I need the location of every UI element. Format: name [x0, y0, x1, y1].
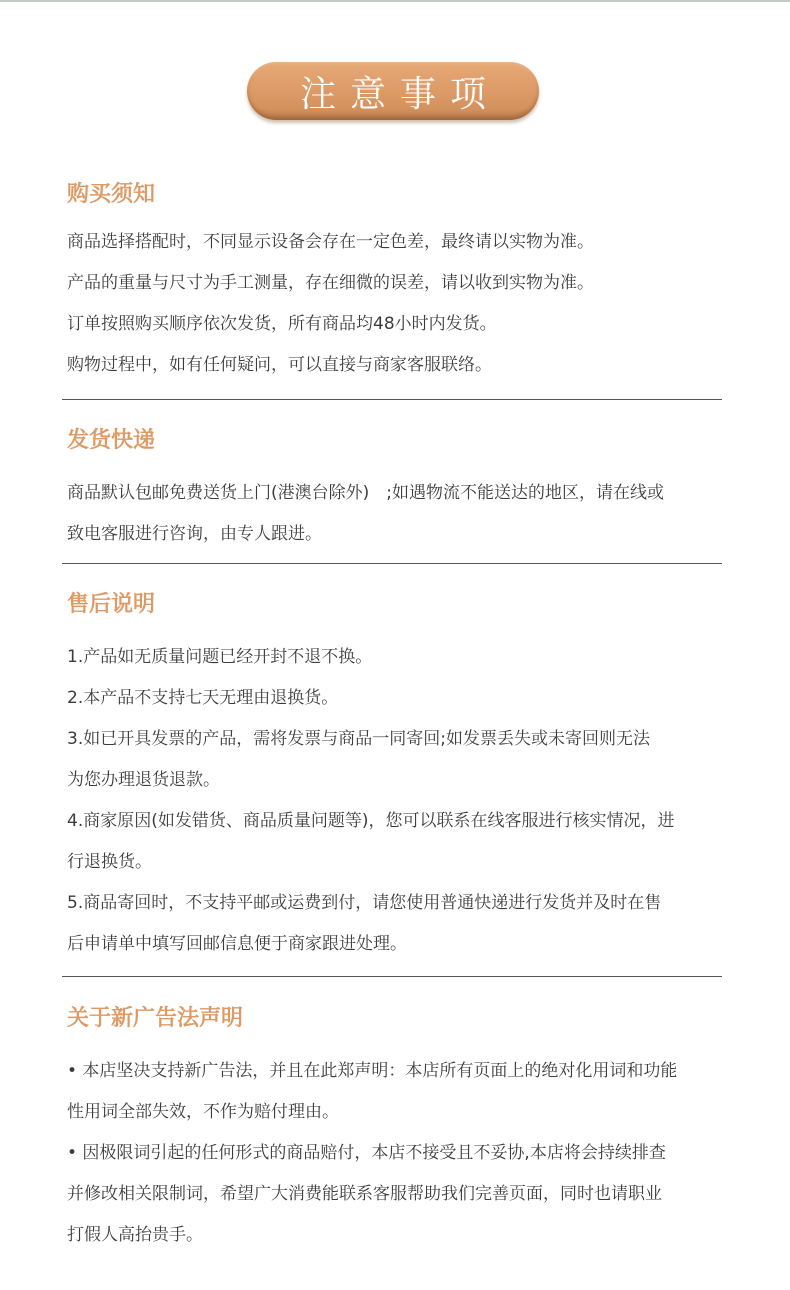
section-title: 售后说明 — [67, 590, 727, 620]
text-line: 3.如已开具发票的产品，需将发票与商品一同寄回;如发票丢失或未寄回则无法 — [67, 719, 727, 760]
text-line: 行退换货。 — [67, 842, 727, 883]
divider — [62, 563, 722, 564]
text-line: 2.本产品不支持七天无理由退换货。 — [67, 678, 727, 719]
text-line: 5.商品寄回时，不支持平邮或运费到付，请您使用普通快递进行发货并及时在售 — [67, 883, 727, 924]
text-line: 4.商家原因(如发错货、商品质量问题等)，您可以联系在线客服进行核实情况，进 — [67, 801, 727, 842]
title-banner: 注意事项 — [247, 62, 539, 120]
divider — [62, 976, 722, 977]
text-line: 性用词全部失效，不作为赔付理由。 — [67, 1092, 727, 1133]
text-line: • 因极限词引起的任何形式的商品赔付，本店不接受且不妥协,本店将会持续排查 — [67, 1133, 727, 1174]
text-line: • 本店坚决支持新广告法，并且在此郑声明：本店所有页面上的绝对化用词和功能 — [67, 1051, 727, 1092]
text-line: 产品的重量与尺寸为手工测量，存在细微的误差，请以收到实物为准。 — [67, 263, 727, 304]
text-line: 为您办理退货退款。 — [67, 760, 727, 801]
section-title: 发货快递 — [67, 426, 727, 456]
section-title: 关于新广告法声明 — [67, 1004, 727, 1034]
section-shipping: 发货快递 商品默认包邮免费送货上门(港澳台除外) ;如遇物流不能送达的地区，请在… — [67, 426, 727, 555]
text-line: 购物过程中，如有任何疑问，可以直接与商家客服联络。 — [67, 345, 727, 386]
section-ad-law-statement: 关于新广告法声明 • 本店坚决支持新广告法，并且在此郑声明：本店所有页面上的绝对… — [67, 1004, 727, 1256]
top-border — [0, 0, 790, 2]
text-line: 商品选择搭配时，不同显示设备会存在一定色差，最终请以实物为准。 — [67, 222, 727, 263]
page-title: 注意事项 — [300, 66, 500, 117]
text-line: 1.产品如无质量问题已经开封不退不换。 — [67, 637, 727, 678]
text-line: 打假人高抬贵手。 — [67, 1215, 727, 1256]
text-line: 后申请单中填写回邮信息便于商家跟进处理。 — [67, 924, 727, 965]
section-after-sales: 售后说明 1.产品如无质量问题已经开封不退不换。 2.本产品不支持七天无理由退换… — [67, 590, 727, 965]
text-line: 订单按照购买顺序依次发货，所有商品均48小时内发货。 — [67, 304, 727, 345]
text-line: 致电客服进行咨询，由专人跟进。 — [67, 514, 727, 555]
text-line: 并修改相关限制词，希望广大消费能联系客服帮助我们完善页面，同时也请职业 — [67, 1174, 727, 1215]
section-purchase-notice: 购买须知 商品选择搭配时，不同显示设备会存在一定色差，最终请以实物为准。 产品的… — [67, 180, 727, 386]
section-title: 购买须知 — [67, 180, 727, 210]
text-line: 商品默认包邮免费送货上门(港澳台除外) ;如遇物流不能送达的地区，请在线或 — [67, 473, 727, 514]
divider — [62, 399, 722, 400]
